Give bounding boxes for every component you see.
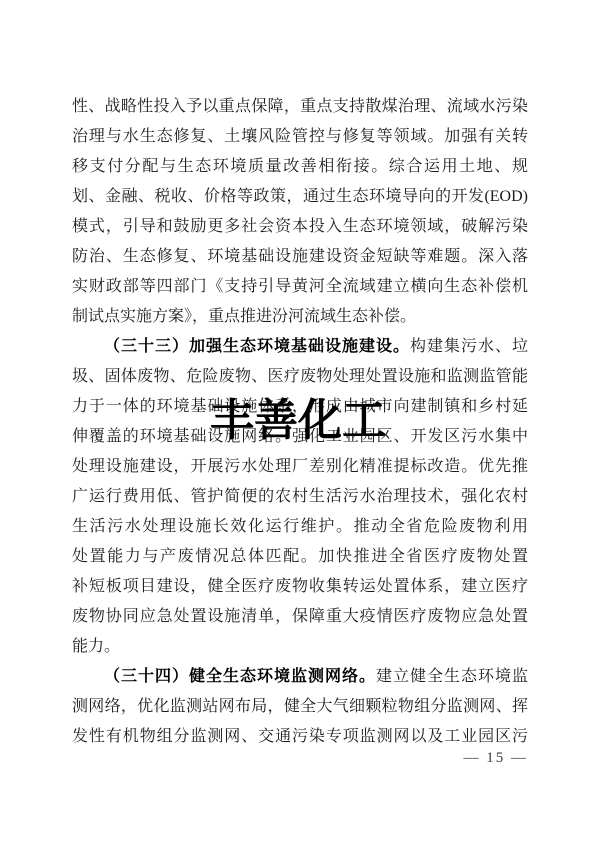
text-line-continuation: 构建集污水、垃 [410, 338, 528, 355]
text-line: （三十三）加强生态环境基础设施建设。构建集污水、垃 [72, 332, 528, 362]
text-line: 实财政部等四部门《支持引导黄河全流域建立横向生态补偿机 [72, 272, 528, 302]
watermark-stamp-text: 丰善化工 [210, 396, 386, 446]
text-line: 能力。 [72, 632, 528, 662]
document-page: 性、战略性投入予以重点保障，重点支持散煤治理、流域水污染 治理与水生态修复、土壤… [0, 0, 600, 848]
text-line: 划、金融、税收、价格等政策，通过生态环境导向的开发(EOD) [72, 182, 528, 212]
text-line-continuation: 建立健全生态环境监 [376, 668, 528, 685]
text-line: 模式，引导和鼓励更多社会资本投入生态环境领域，破解污染 [72, 212, 528, 242]
text-line: 防治、生态修复、环境基础设施建设资金短缺等难题。深入落 [72, 242, 528, 272]
text-line: 测网络，优化监测站网布局，健全大气细颗粒物组分监测网、挥 [72, 692, 528, 722]
text-line: （三十四）健全生态环境监测网络。建立健全生态环境监 [72, 662, 528, 692]
text-line: 圾、固体废物、危险废物、医疗废物处理处置设施和监测监管能 [72, 362, 528, 392]
text-line: 移支付分配与生态环境质量改善相衔接。综合运用土地、规 [72, 152, 528, 182]
text-line: 废物协同应急处置设施清单，保障重大疫情医疗废物应急处置 [72, 602, 528, 632]
text-line: 制试点实施方案》，重点推进汾河流域生态补偿。 [72, 302, 528, 332]
text-line: 生活污水处理设施长效化运行维护。推动全省危险废物利用 [72, 512, 528, 542]
page-number: — 15 — [72, 748, 528, 768]
section-heading: （三十三）加强生态环境基础设施建设。 [104, 338, 410, 355]
section-heading: （三十四）健全生态环境监测网络。 [104, 668, 376, 685]
text-line: 处置能力与产废情况总体匹配。加快推进全省医疗废物处置 [72, 542, 528, 572]
text-line: 性、战略性投入予以重点保障，重点支持散煤治理、流域水污染 [72, 92, 528, 122]
text-line: 治理与水生态修复、土壤风险管控与修复等领域。加强有关转 [72, 122, 528, 152]
text-line: 广运行费用低、管护简便的农村生活污水治理技术，强化农村 [72, 482, 528, 512]
text-line: 补短板项目建设，健全医疗废物收集转运处置体系，建立医疗 [72, 572, 528, 602]
text-line: 处理设施建设，开展污水处理厂差别化精准提标改造。优先推 [72, 452, 528, 482]
